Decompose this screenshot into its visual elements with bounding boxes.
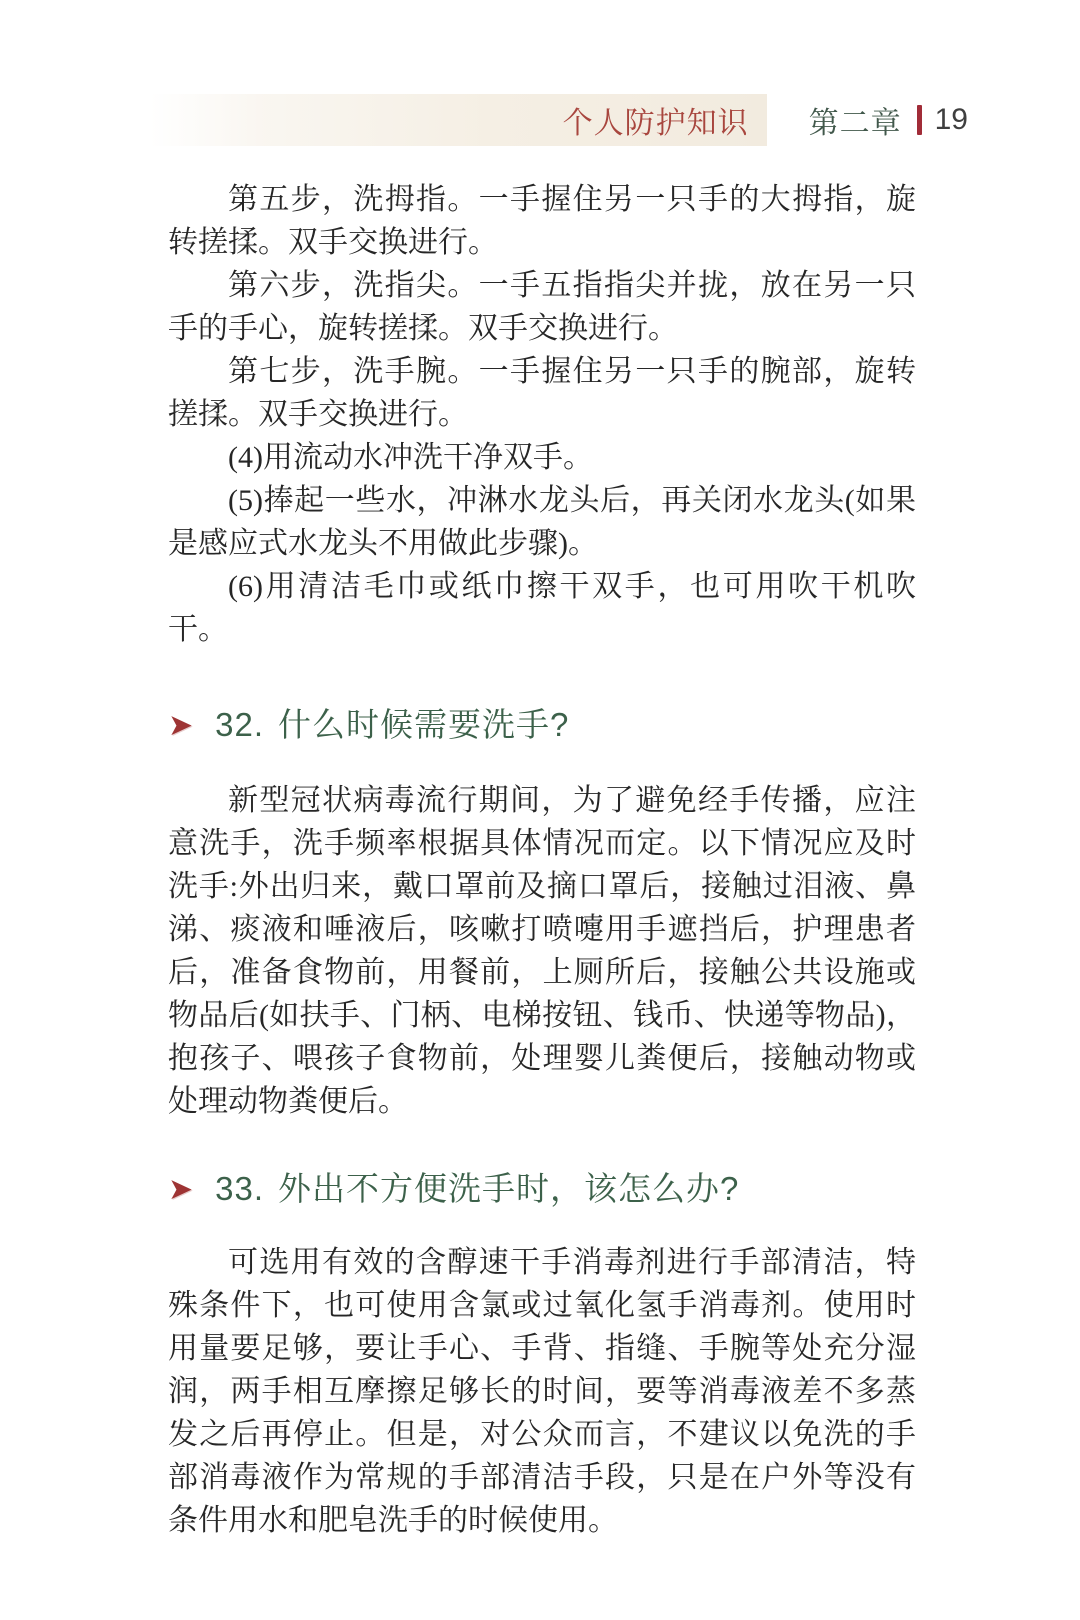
section-body-32: 新型冠状病毒流行期间，为了避免经手传播，应注意洗手，洗手频率根据具体情况而定。以… [168,779,916,1123]
page-number: 19 [935,103,968,137]
step-paragraph: 第七步，洗手腕。一手握住另一只手的腕部，旋转搓揉。双手交换进行。 [168,350,916,436]
step-paragraph: (5)捧起一些水，冲淋水龙头后，再关闭水龙头(如果是感应式水龙头不用做此步骤)。 [168,479,916,565]
arrow-icon: ➤ [168,1175,193,1205]
page-header: 个人防护知识 第二章 19 [150,93,968,147]
step-paragraph: 第六步，洗指尖。一手五指指尖并拢，放在另一只手的手心，旋转搓揉。双手交换进行。 [168,264,916,350]
arrow-icon: ➤ [168,711,193,741]
header-section-title: 个人防护知识 [563,98,749,142]
section-title-text: 外出不方便洗手时，该怎么办? [278,1170,739,1207]
header-divider-bar [917,105,922,135]
section-number: 33. [215,1170,264,1207]
section-body-33: 可选用有效的含醇速干手消毒剂进行手部清洁，特殊条件下，也可使用含氯或过氧化氢手消… [168,1241,916,1542]
step-paragraph: (6)用清洁毛巾或纸巾擦干双手，也可用吹干机吹干。 [168,565,916,651]
section-title: 32.什么时候需要洗手? [215,701,569,749]
article-content: 第五步，洗拇指。一手握住另一只手的大拇指，旋转搓揉。双手交换进行。 第六步，洗指… [168,178,916,1542]
header-strip: 个人防护知识 [150,94,767,146]
step-paragraph: 第五步，洗拇指。一手握住另一只手的大拇指，旋转搓揉。双手交换进行。 [168,178,916,264]
section-heading-33: ➤ 33.外出不方便洗手时，该怎么办? [168,1165,916,1213]
section-number: 32. [215,706,264,743]
section-heading-32: ➤ 32.什么时候需要洗手? [168,701,916,749]
book-page: 个人防护知识 第二章 19 第五步，洗拇指。一手握住另一只手的大拇指，旋转搓揉。… [0,0,1080,1620]
section-title-text: 什么时候需要洗手? [278,706,569,743]
header-chapter-label: 第二章 [809,98,902,142]
section-title: 33.外出不方便洗手时，该怎么办? [215,1165,739,1213]
step-paragraph: (4)用流动水冲洗干净双手。 [168,436,916,479]
